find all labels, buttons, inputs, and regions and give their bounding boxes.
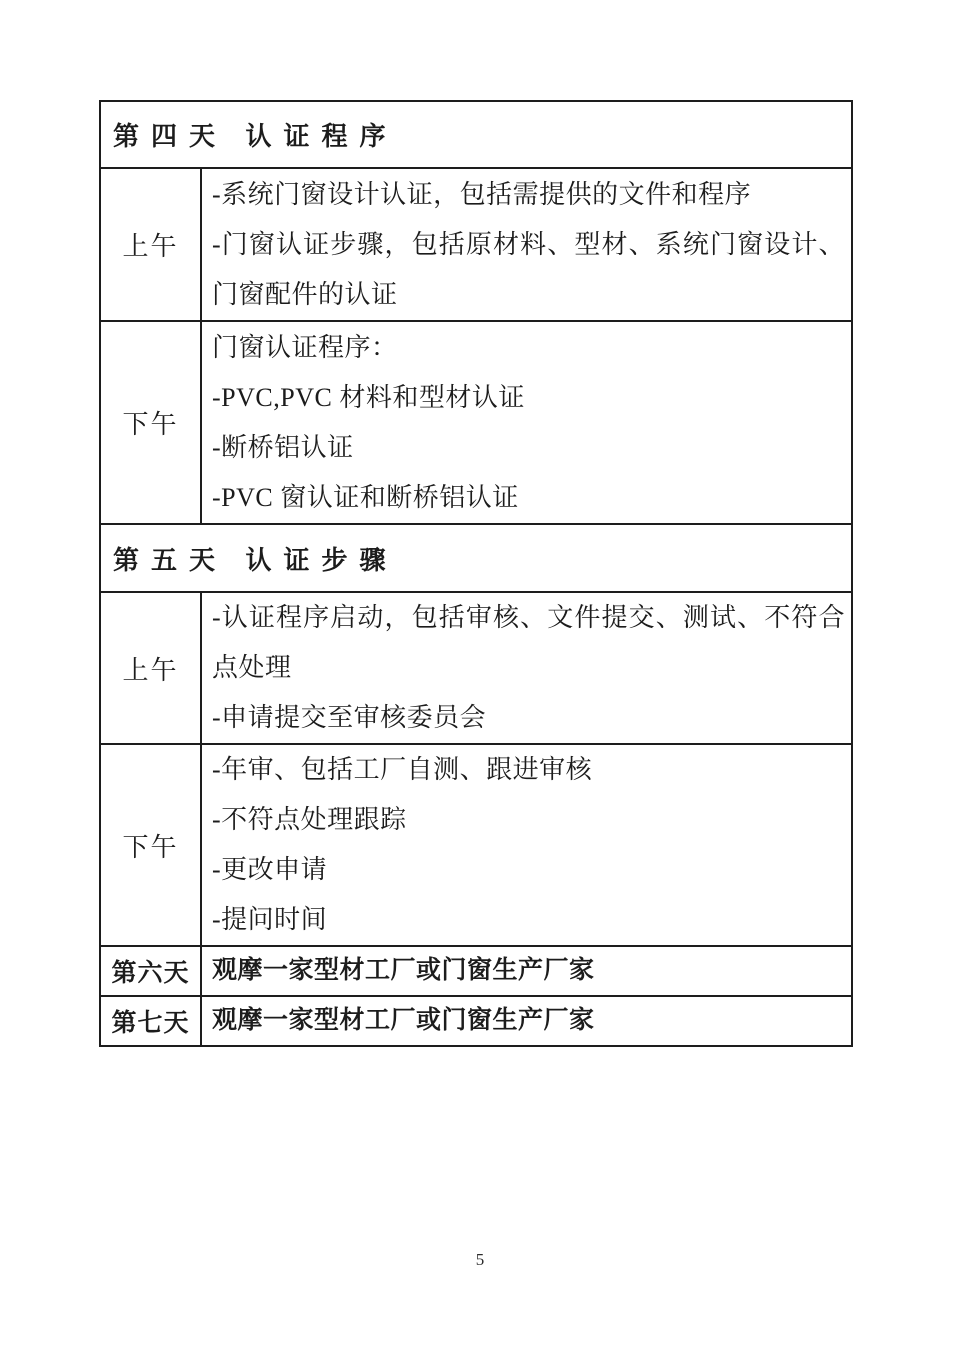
content-line: 门窗认证程序： (212, 323, 845, 373)
day7-content-text: 观摩一家型材工厂或门窗生产厂家 (212, 1006, 845, 1036)
content-line: -不符点处理跟踪 (212, 795, 845, 845)
day4-afternoon-time-cell: 下午 (101, 322, 202, 523)
page-number: 5 (0, 1250, 960, 1270)
day5-afternoon-content-cell: -年审、包括工厂自测、跟进审核 -不符点处理跟踪 -更改申请 -提问时间 (202, 745, 851, 945)
content-line: -PVC 窗认证和断桥铝认证 (212, 473, 845, 523)
document-page: 第四天 认证程序 上午 -系统门窗设计认证，包括需提供的文件和程序 -门窗认证步… (0, 0, 960, 1357)
content-line: -PVC,PVC 材料和型材认证 (212, 373, 845, 423)
day5-afternoon-time-cell: 下午 (101, 745, 202, 945)
content-line: -断桥铝认证 (212, 423, 845, 473)
day5-afternoon-time-label: 下午 (122, 827, 178, 864)
day5-header-row: 第五天 认证步骤 (101, 525, 851, 593)
day4-morning-time-cell: 上午 (101, 169, 202, 320)
day7-label: 第七天 (111, 1003, 189, 1039)
day6-label-cell: 第六天 (101, 947, 202, 995)
day7-label-cell: 第七天 (101, 997, 202, 1045)
day5-morning-time-label: 上午 (122, 650, 178, 687)
content-line: -系统门窗设计认证，包括需提供的文件和程序 (212, 170, 845, 220)
content-line: -认证程序启动，包括审核、文件提交、测试、不符合点处理 (212, 593, 845, 693)
day4-header-label: 第四天 认证程序 (113, 116, 398, 153)
day4-morning-time-label: 上午 (122, 226, 178, 263)
day4-header-row: 第四天 认证程序 (101, 102, 851, 169)
day5-header-label: 第五天 认证步骤 (113, 540, 398, 577)
training-schedule-table: 第四天 认证程序 上午 -系统门窗设计认证，包括需提供的文件和程序 -门窗认证步… (99, 100, 853, 1047)
day4-morning-row: 上午 -系统门窗设计认证，包括需提供的文件和程序 -门窗认证步骤，包括原材料、型… (101, 169, 851, 322)
day4-afternoon-time-label: 下午 (122, 404, 178, 441)
day5-morning-row: 上午 -认证程序启动，包括审核、文件提交、测试、不符合点处理 -申请提交至审核委… (101, 593, 851, 745)
day6-label: 第六天 (111, 953, 189, 989)
day5-morning-content-cell: -认证程序启动，包括审核、文件提交、测试、不符合点处理 -申请提交至审核委员会 (202, 593, 851, 743)
day5-morning-time-cell: 上午 (101, 593, 202, 743)
day7-row: 第七天 观摩一家型材工厂或门窗生产厂家 (101, 997, 851, 1045)
day5-afternoon-row: 下午 -年审、包括工厂自测、跟进审核 -不符点处理跟踪 -更改申请 -提问时间 (101, 745, 851, 947)
day4-afternoon-content-cell: 门窗认证程序： -PVC,PVC 材料和型材认证 -断桥铝认证 -PVC 窗认证… (202, 322, 851, 523)
content-line: -提问时间 (212, 895, 845, 945)
day6-content-text: 观摩一家型材工厂或门窗生产厂家 (212, 956, 845, 986)
content-line: -更改申请 (212, 845, 845, 895)
day4-morning-content-cell: -系统门窗设计认证，包括需提供的文件和程序 -门窗认证步骤，包括原材料、型材、系… (202, 169, 851, 320)
day6-row: 第六天 观摩一家型材工厂或门窗生产厂家 (101, 947, 851, 997)
day7-content-cell: 观摩一家型材工厂或门窗生产厂家 (202, 997, 851, 1045)
content-line: -年审、包括工厂自测、跟进审核 (212, 745, 845, 795)
content-line: -申请提交至审核委员会 (212, 693, 845, 743)
content-line: -门窗认证步骤，包括原材料、型材、系统门窗设计、门窗配件的认证 (212, 220, 845, 320)
day6-content-cell: 观摩一家型材工厂或门窗生产厂家 (202, 947, 851, 995)
day4-afternoon-row: 下午 门窗认证程序： -PVC,PVC 材料和型材认证 -断桥铝认证 -PVC … (101, 322, 851, 525)
